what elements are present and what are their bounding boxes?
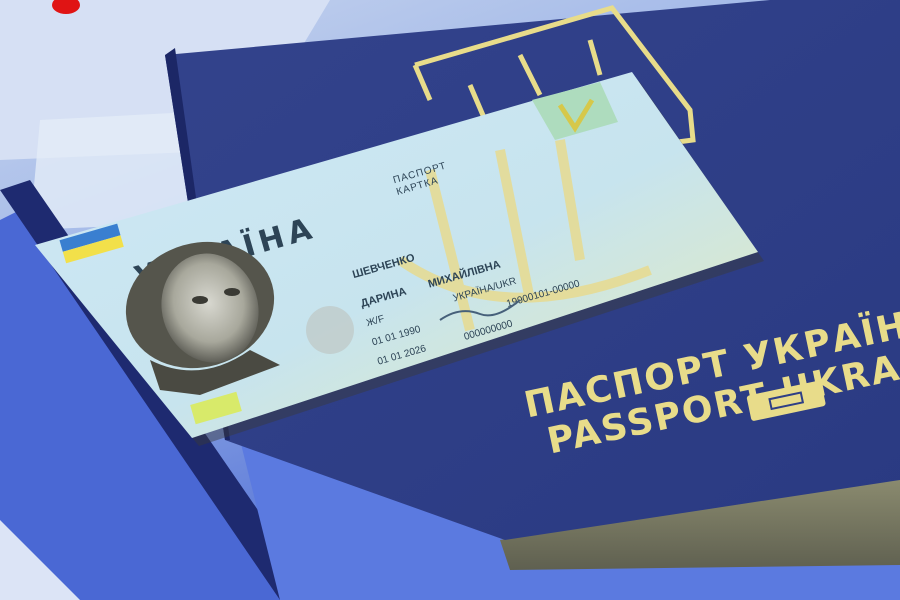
card-seal: [306, 306, 354, 354]
scene: ПАСПОРТ УКРАЇНИ PASSPORT UKRAINE УКРАЇНА: [0, 0, 900, 600]
